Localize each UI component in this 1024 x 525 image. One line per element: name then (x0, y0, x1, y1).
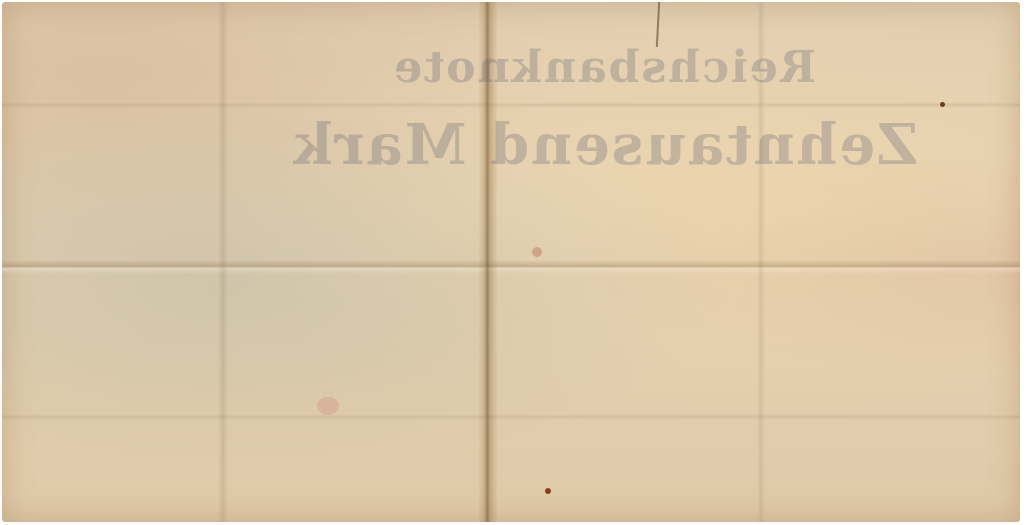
bleed-through-title: Reichsbanknote (392, 42, 816, 93)
fold-crease-horizontal-center (2, 260, 1020, 274)
ink-spot (545, 488, 551, 494)
ink-spot (940, 102, 945, 107)
photo-frame: Reichsbanknote Zehntausend Mark (0, 0, 1024, 525)
stain-spot (532, 247, 542, 257)
fold-crease-horizontal-lower (2, 414, 1020, 420)
paper-tear (656, 2, 660, 47)
fold-crease-vertical-left (218, 2, 228, 522)
stain-spot (317, 397, 339, 415)
bleed-through-denomination: Zehntausend Mark (292, 112, 918, 178)
fold-crease-horizontal-upper (2, 102, 1020, 108)
banknote-paper: Reichsbanknote Zehntausend Mark (2, 2, 1020, 522)
